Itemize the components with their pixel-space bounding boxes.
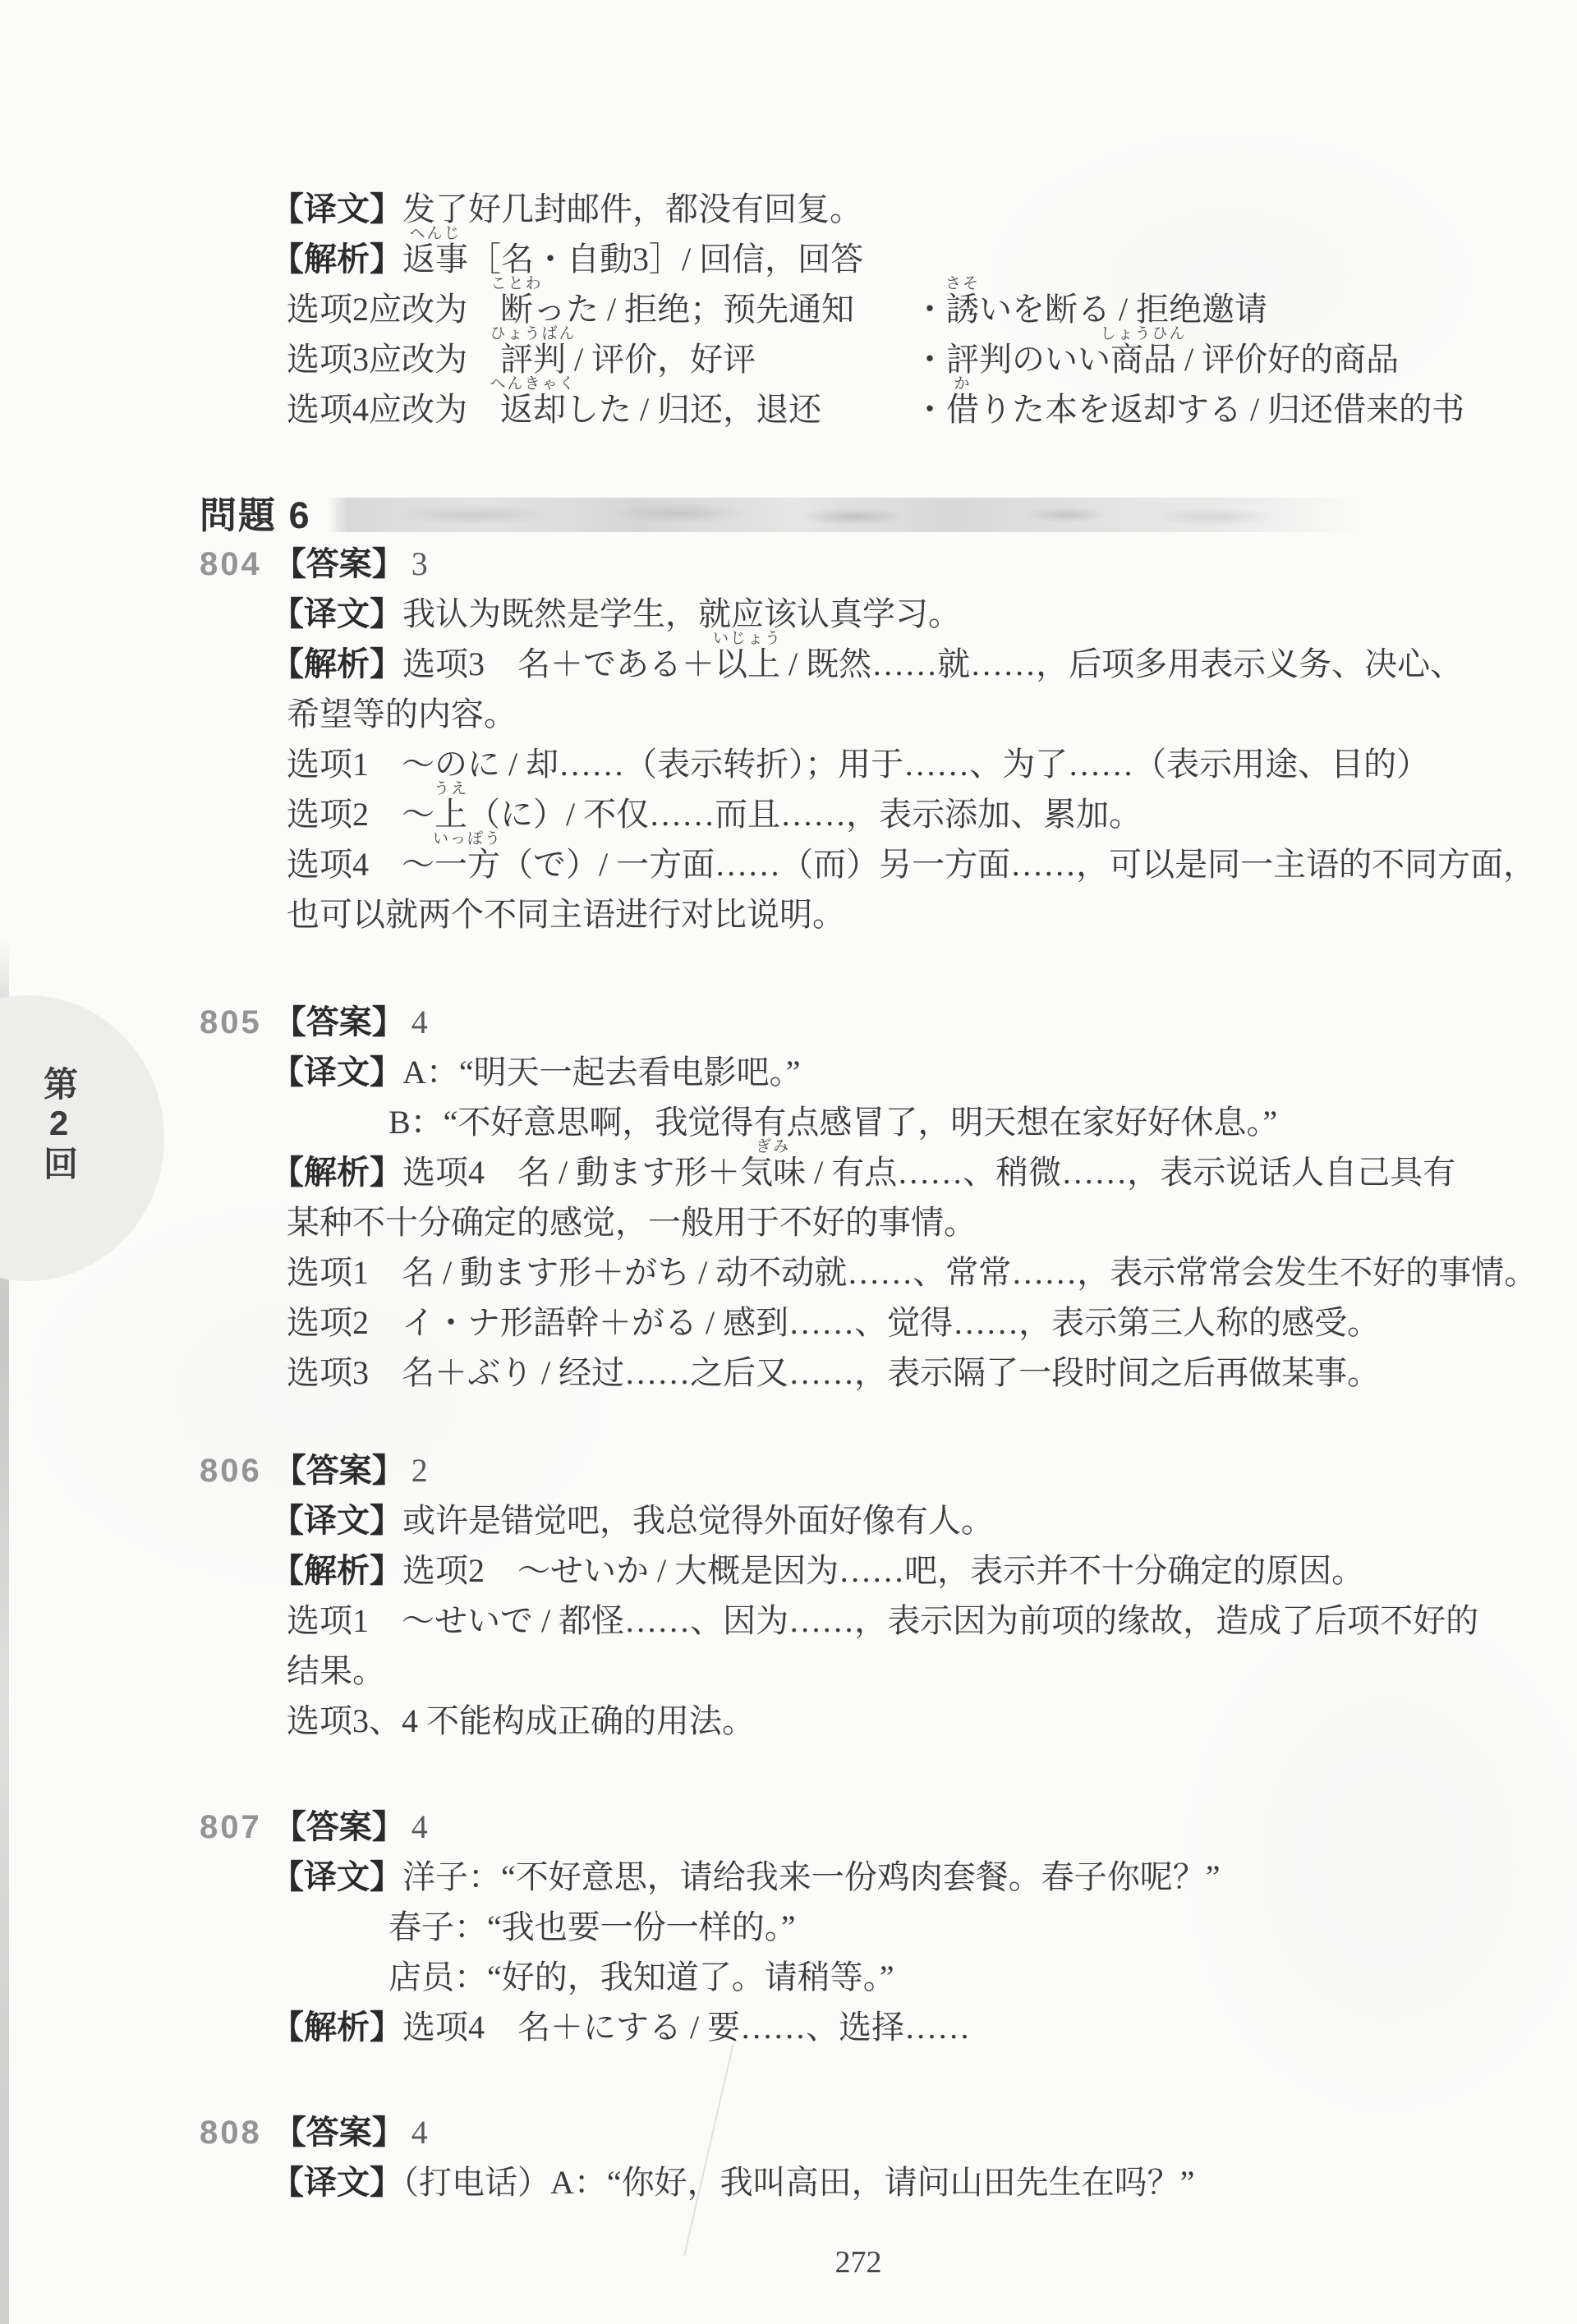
answer-label: 【答案】 (274, 545, 405, 582)
body-text: 选项1 名 / 動ます形＋がち / 动不动就……、常常……，表示常常会发生不好的… (287, 1254, 1537, 1291)
item-number: 804 (200, 546, 262, 582)
ruby-base: 以上 (715, 645, 780, 682)
answer-line: 807【答案】4 (0, 1802, 1577, 1852)
item-808: 808【答案】4【译文】（打电话）A：“你好，我叫高田，请问山田先生在吗？” (0, 2107, 1577, 2207)
body-text: 选项3应改为 (287, 341, 500, 378)
body-text: 我认为既然是学生，就应该认真学习。 (402, 595, 961, 632)
ruby-base: 返事 (402, 241, 468, 278)
answer-line: 806【答案】2 (0, 1445, 1577, 1495)
furigana: へんきゃく (490, 376, 576, 392)
body-text: 发了好几封邮件，都没有回复。 (402, 191, 862, 227)
text-line: 【译文】（打电话）A：“你好，我叫高田，请问山田先生在吗？” (0, 2157, 1577, 2207)
text-line: 【解析】选项4 名 / 動ます形＋気味ぎみ / 有点……、稍微……，表示说话人自… (0, 1147, 1577, 1197)
text-line: 【译文】A：“明天一起去看电影吧。” (0, 1047, 1577, 1097)
ruby-base: 一方 (434, 846, 500, 883)
label-text: 【解析】 (271, 241, 402, 278)
body-text: （で）/ 一方面……（而）另一方面……，可以是同一主语的不同方面， (500, 846, 1536, 883)
ruby-base: 評判 (500, 341, 566, 378)
furigana: へんじ (409, 226, 461, 241)
ruby-word: 気味ぎみ (740, 1147, 806, 1197)
section-heading: 問題 6 (200, 489, 311, 542)
answer-line: 805【答案】4 (0, 997, 1577, 1047)
furigana: ぎみ (756, 1139, 790, 1155)
body-text: 洋子：“不好意思，请给我来一份鸡肉套餐。春子你呢？” (402, 1858, 1221, 1895)
ruby-base: 商品 (1110, 341, 1176, 378)
body-text: した / 归还，退还 (566, 391, 821, 428)
label-text: 【译文】 (271, 595, 402, 632)
body-text: 选项1 ～せいで / 都怪……、因为……，表示因为前项的缘故，造成了后项不好的 (287, 1602, 1478, 1639)
ruby-base: 上 (434, 796, 467, 833)
label-text: 【译文】 (271, 1858, 402, 1895)
item-number: 807 (200, 1809, 262, 1845)
continuation: 【译文】发了好几封邮件，都没有回复。【解析】返事へんじ［名・自動3］/ 回信，回… (0, 184, 1577, 434)
furigana: ことわ (490, 276, 542, 292)
text-line: 【解析】返事へんじ［名・自動3］/ 回信，回答 (0, 234, 1577, 284)
label-text: 【译文】 (271, 191, 402, 227)
answer-value: 4 (411, 1004, 428, 1040)
text-line: 【译文】我认为既然是学生，就应该认真学习。 (0, 589, 1577, 639)
furigana: さそ (945, 276, 980, 292)
body-text: 选项2 ～ (287, 796, 434, 833)
example-column: ・誘さそいを断る / 拒绝邀请 (913, 284, 1267, 334)
dialog-line: 店员：“好的，我知道了。请稍等。” (0, 1952, 1577, 2002)
answer-value: 4 (411, 2114, 428, 2151)
text-line: 【解析】选项3 名＋である＋以上いじょう / 既然……就……，后项多用表示义务、… (0, 639, 1577, 689)
body-text: 选项1 ～のに / 却……（表示转折）；用于……、为了……（表示用途、目的） (287, 746, 1429, 783)
answer-label: 【答案】 (274, 1452, 405, 1489)
body-text: ・評判のいい (913, 341, 1110, 378)
option-line: 选项3 名＋ぶり / 经过……之后又……，表示隔了一段时间之后再做某事。 (0, 1348, 1577, 1398)
ruby-base: 返却 (500, 391, 566, 428)
text-line: 【解析】选项2 ～せいか / 大概是因为……吧，表示并不十分确定的原因。 (0, 1546, 1577, 1596)
option-line: 选项3应改为 評判ひょうばん / 评价，好评・評判のいい商品しょうひん / 评价… (0, 334, 1577, 384)
body-text: 结果。 (287, 1652, 385, 1689)
label-text: 【解析】 (271, 2009, 402, 2046)
option-line: 选项2 ～上うえ（に）/ 不仅……而且……，表示添加、累加。 (0, 789, 1577, 839)
ruby-word: 誘さそ (946, 284, 979, 334)
option-line: 选项4应改为 返却へんきゃくした / 归还，退还・借かりた本を返却する / 归还… (0, 384, 1577, 434)
item-807: 807【答案】4【译文】洋子：“不好意思，请给我来一份鸡肉套餐。春子你呢？”春子… (0, 1802, 1577, 2052)
answer-label: 【答案】 (274, 2114, 405, 2151)
body-text: りた本を返却する / 归还借来的书 (979, 391, 1464, 428)
ruby-base: 誘 (946, 291, 979, 328)
text-line: 【译文】发了好几封邮件，都没有回复。 (0, 184, 1577, 234)
option-line: 选项4 ～一方いっぽう（で）/ 一方面……（而）另一方面……，可以是同一主语的不… (0, 839, 1577, 889)
body-text: 选项3 名＋ぶり / 经过……之后又……，表示隔了一段时间之后再做某事。 (287, 1354, 1380, 1391)
answer-value: 2 (411, 1452, 428, 1489)
body-text: / 评价好的商品 (1176, 341, 1399, 378)
furigana: うえ (434, 781, 468, 797)
label-text: 【解析】 (271, 1154, 402, 1191)
body-text: 某种不十分确定的感觉，一般用于不好的事情。 (287, 1204, 977, 1241)
heading-highlight-band (327, 498, 1363, 532)
option-line: 选项1 名 / 動ます形＋がち / 动不动就……、常常……，表示常常会发生不好的… (0, 1247, 1577, 1297)
body-text: 选项4 名 / 動ます形＋ (402, 1154, 740, 1191)
answer-label: 【答案】 (274, 1808, 405, 1845)
answer-line: 804【答案】3 (0, 539, 1577, 589)
body-text: 选项2应改为 (287, 291, 500, 328)
option-line: 选项2 イ・ナ形語幹＋がる / 感到……、觉得……，表示第三人称的感受。 (0, 1297, 1577, 1348)
body-text: 店员：“好的，我知道了。请稍等。” (389, 1959, 894, 1996)
body-text: 选项4 名＋にする / 要……、选择…… (402, 2009, 970, 2046)
option-line: 选项2应改为 断ことわった / 拒绝；预先通知・誘さそいを断る / 拒绝邀请 (0, 284, 1577, 334)
body-text: A：“明天一起去看电影吧。” (402, 1054, 800, 1091)
body-text: / 有点……、稍微……，表示说话人自己具有 (806, 1154, 1455, 1191)
body-text: ・ (913, 391, 946, 428)
dialog-line: 春子：“我也要一份一样的。” (0, 1902, 1577, 1952)
wrap-line: 也可以就两个不同主语进行对比说明。 (0, 889, 1577, 939)
label-text: 【译文】 (271, 1502, 402, 1539)
ruby-word: 返事へんじ (402, 234, 468, 284)
option-line: 选项1 ～のに / 却……（表示转折）；用于……、为了……（表示用途、目的） (0, 739, 1577, 789)
body-text: ［名・自動3］/ 回信，回答 (468, 241, 863, 278)
example-column: ・借かりた本を返却する / 归还借来的书 (913, 384, 1464, 434)
item-804: 804【答案】3【译文】我认为既然是学生，就应该认真学习。【解析】选项3 名＋で… (0, 539, 1577, 939)
example-column: ・評判のいい商品しょうひん / 评价好的商品 (913, 334, 1399, 384)
label-text: 【解析】 (271, 645, 402, 682)
item-number: 808 (200, 2115, 262, 2151)
body-text: / 既然……就……，后项多用表示义务、决心、 (780, 645, 1463, 682)
body-text: ・ (913, 291, 946, 328)
ruby-base: 断 (500, 291, 533, 328)
body-text: 选项3、4 不能构成正确的用法。 (287, 1702, 755, 1739)
body-text: 希望等的内容。 (287, 696, 517, 733)
answer-value: 4 (411, 1808, 428, 1845)
item-number: 806 (200, 1453, 262, 1489)
body-text: B：“不好意思啊，我觉得有点感冒了，明天想在家好好休息。” (389, 1104, 1277, 1141)
body-text: 春子：“我也要一份一样的。” (389, 1908, 796, 1945)
furigana: しょうひん (1100, 326, 1186, 342)
option-line: 选项3、4 不能构成正确的用法。 (0, 1696, 1577, 1746)
body-text: 或许是错觉吧，我总觉得外面好像有人。 (402, 1502, 994, 1539)
body-text: いを断る / 拒绝邀请 (979, 291, 1267, 328)
body-text: / 评价，好评 (566, 341, 756, 378)
answer-label: 【答案】 (274, 1004, 405, 1040)
item-805: 805【答案】4【译文】A：“明天一起去看电影吧。”B：“不好意思啊，我觉得有点… (0, 997, 1577, 1398)
ruby-base: 気味 (740, 1154, 806, 1191)
answer-line: 808【答案】4 (0, 2107, 1577, 2157)
ruby-word: 返却へんきゃく (500, 384, 566, 434)
ruby-word: 商品しょうひん (1110, 334, 1176, 384)
furigana: いじょう (713, 631, 782, 646)
item-number: 805 (200, 1004, 262, 1040)
label-text: 【译文】 (271, 1054, 402, 1091)
item-806: 806【答案】2【译文】或许是错觉吧，我总觉得外面好像有人。【解析】选项2 ～せ… (0, 1445, 1577, 1746)
answer-value: 3 (411, 545, 428, 582)
wrap-line: 某种不十分确定的感觉，一般用于不好的事情。 (0, 1197, 1577, 1247)
text-line: 【译文】或许是错觉吧，我总觉得外面好像有人。 (0, 1495, 1577, 1546)
text-line: 【解析】选项4 名＋にする / 要……、选择…… (0, 2002, 1577, 2052)
wrap-line: 希望等的内容。 (0, 689, 1577, 739)
ruby-base: 借 (946, 391, 979, 428)
wrap-line: 结果。 (0, 1646, 1577, 1696)
text-line: 【译文】洋子：“不好意思，请给我来一份鸡肉套餐。春子你呢？” (0, 1852, 1577, 1902)
body-text: 选项4 ～ (287, 846, 434, 883)
ruby-word: 一方いっぽう (434, 839, 500, 889)
ruby-word: 借か (946, 384, 979, 434)
option-line: 选项1 ～せいで / 都怪……、因为……，表示因为前项的缘故，造成了后项不好的 (0, 1596, 1577, 1646)
body-text: った / 拒绝；预先通知 (533, 291, 854, 328)
body-text: 选项2 ～せいか / 大概是因为……吧，表示并不十分确定的原因。 (402, 1552, 1364, 1589)
body-text: 选项2 イ・ナ形語幹＋がる / 感到……、觉得……，表示第三人称的感受。 (287, 1304, 1380, 1341)
body-text: 选项3 名＋である＋ (402, 645, 715, 682)
body-text: 选项4应改为 (287, 391, 500, 428)
body-text: 也可以就两个不同主语进行对比说明。 (287, 896, 845, 933)
furigana: いっぽう (433, 831, 502, 847)
furigana: ひょうばん (490, 326, 576, 342)
body-text: （に）/ 不仅……而且……，表示添加、累加。 (467, 796, 1142, 833)
page-number: 272 (140, 2242, 1577, 2283)
ruby-word: 以上いじょう (715, 639, 780, 689)
label-text: 【解析】 (271, 1552, 402, 1589)
furigana: か (954, 376, 971, 392)
body-text: （打电话）A：“你好，我叫高田，请问山田先生在吗？” (402, 2164, 1194, 2201)
label-text: 【译文】 (271, 2164, 402, 2201)
book-page: 第2回 【译文】发了好几封邮件，都没有回复。【解析】返事へんじ［名・自動3］/ … (0, 0, 1577, 2324)
